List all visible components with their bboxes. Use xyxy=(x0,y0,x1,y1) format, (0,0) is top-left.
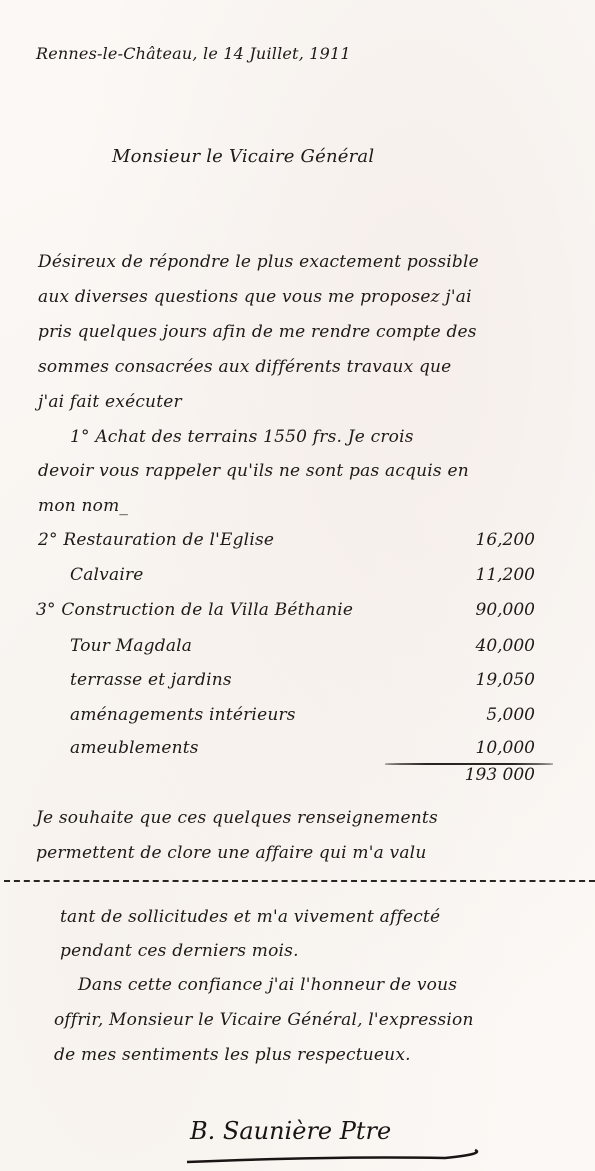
expense-amount: 40,000 xyxy=(476,636,535,656)
item1-line-2: devoir vous rappeler qu'ils ne sont pas … xyxy=(38,461,469,481)
intro-line-1: Désireux de répondre le plus exactement … xyxy=(38,252,479,272)
place-date-line: Rennes-le-Château, le 14 Juillet, 1911 xyxy=(36,44,351,63)
closing2-line-1: tant de sollicitudes et m'a vivement aff… xyxy=(60,907,440,927)
item1-line-1: 1° Achat des terrains 1550 frs. Je crois xyxy=(70,427,414,447)
closing1-line-1: Je souhaite que ces quelques renseigneme… xyxy=(36,808,438,828)
closing2-line-2: pendant ces derniers mois. xyxy=(60,941,299,961)
intro-line-2: aux diverses questions que vous me propo… xyxy=(38,287,472,307)
signature-flourish-icon xyxy=(185,1148,485,1166)
intro-line-5: j'ai fait exécuter xyxy=(38,392,182,412)
expense-label: Calvaire xyxy=(70,565,144,585)
signature: B. Saunière Ptre xyxy=(190,1117,391,1145)
expense-amount: 16,200 xyxy=(476,530,535,550)
expense-label: terrasse et jardins xyxy=(70,670,232,690)
closing1-line-2: permettent de clore une affaire qui m'a … xyxy=(36,843,426,863)
closing3-line-3: de mes sentiments les plus respectueux. xyxy=(54,1045,411,1065)
expense-label: aménagements intérieurs xyxy=(70,705,296,725)
expense-amount: 10,000 xyxy=(476,738,535,758)
intro-line-3: pris quelques jours afin de me rendre co… xyxy=(38,322,477,342)
expense-label: 2° Restauration de l'Eglise xyxy=(38,530,274,550)
expense-amount: 90,000 xyxy=(476,600,535,620)
salutation: Monsieur le Vicaire Général xyxy=(112,146,374,167)
closing3-line-2: offrir, Monsieur le Vicaire Général, l'e… xyxy=(54,1010,474,1030)
total-amount: 193 000 xyxy=(465,765,535,785)
expense-amount: 5,000 xyxy=(486,705,535,725)
expense-amount: 19,050 xyxy=(476,670,535,690)
closing3-line-1: Dans cette confiance j'ai l'honneur de v… xyxy=(78,975,457,995)
page-break-divider xyxy=(4,880,595,882)
expense-label: ameublements xyxy=(70,738,199,758)
item1-line-3: mon nom_ xyxy=(38,496,128,516)
expense-amount: 11,200 xyxy=(476,565,535,585)
expense-label: 3° Construction de la Villa Béthanie xyxy=(36,600,353,620)
intro-line-4: sommes consacrées aux différents travaux… xyxy=(38,357,451,377)
letter-page: Rennes-le-Château, le 14 Juillet, 1911 M… xyxy=(0,0,595,1171)
expense-label: Tour Magdala xyxy=(70,636,192,656)
